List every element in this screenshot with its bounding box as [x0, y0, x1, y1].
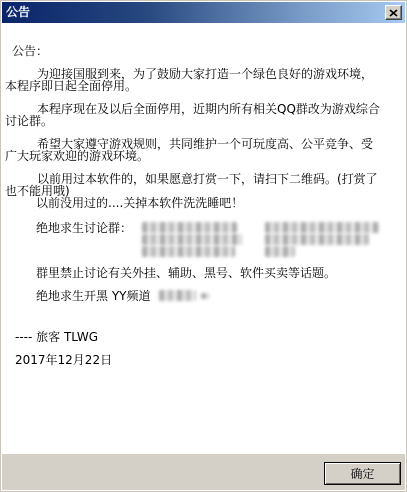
- announcement-heading: 公告：: [12, 45, 48, 58]
- announcement-line: 讨论群。: [5, 115, 53, 128]
- announcement-line: 以前用过本软件的，如果愿意打赏一下，请扫下二维码。(打赏了: [37, 173, 378, 186]
- window-title: 公告: [2, 2, 30, 23]
- signature-line: ---- 旅客 TLWG: [15, 331, 98, 344]
- redacted-qq-group-number: [265, 246, 295, 257]
- announcement-dialog: 公告 公告： 为迎接国服到来，为了鼓励大家打造一个绿色良好的游戏环境， 本程序即…: [0, 0, 407, 492]
- redacted-yy-channel-number: [159, 290, 196, 301]
- redacted-yy-channel-number: [201, 293, 210, 299]
- group-rules-line: 群里禁止讨论有关外挂、辅助、黑号、软件买卖等话题。: [36, 267, 336, 280]
- redacted-qq-group-number: [265, 222, 379, 233]
- close-button[interactable]: [385, 5, 402, 20]
- redacted-qq-group-number: [265, 234, 369, 245]
- title-bar[interactable]: 公告: [2, 2, 405, 23]
- announcement-line: 本程序即日起全面停用。: [5, 80, 137, 93]
- announcement-body: 公告： 为迎接国服到来，为了鼓励大家打造一个绿色良好的游戏环境， 本程序即日起全…: [2, 23, 405, 454]
- announcement-line: 广大玩家欢迎的游戏环境。: [5, 150, 149, 163]
- redacted-qq-group-number: [142, 246, 235, 257]
- announcement-line: 本程序现在及以后全面停用，近期内所有相关QQ群改为游戏综合: [37, 103, 380, 116]
- dialog-footer: 确定: [2, 454, 405, 490]
- redacted-qq-group-number: [142, 234, 242, 245]
- ok-button[interactable]: 确定: [324, 462, 401, 485]
- announcement-line: 以前没用过的....关掉本软件洗洗睡吧！: [36, 197, 243, 210]
- yy-channel-label: 绝地求生开黑 YY频道: [36, 290, 150, 303]
- qq-group-label: 绝地求生讨论群：: [36, 222, 132, 235]
- close-icon: [389, 9, 398, 17]
- date-line: 2017年12月22日: [15, 354, 112, 367]
- redacted-qq-group-number: [142, 222, 237, 233]
